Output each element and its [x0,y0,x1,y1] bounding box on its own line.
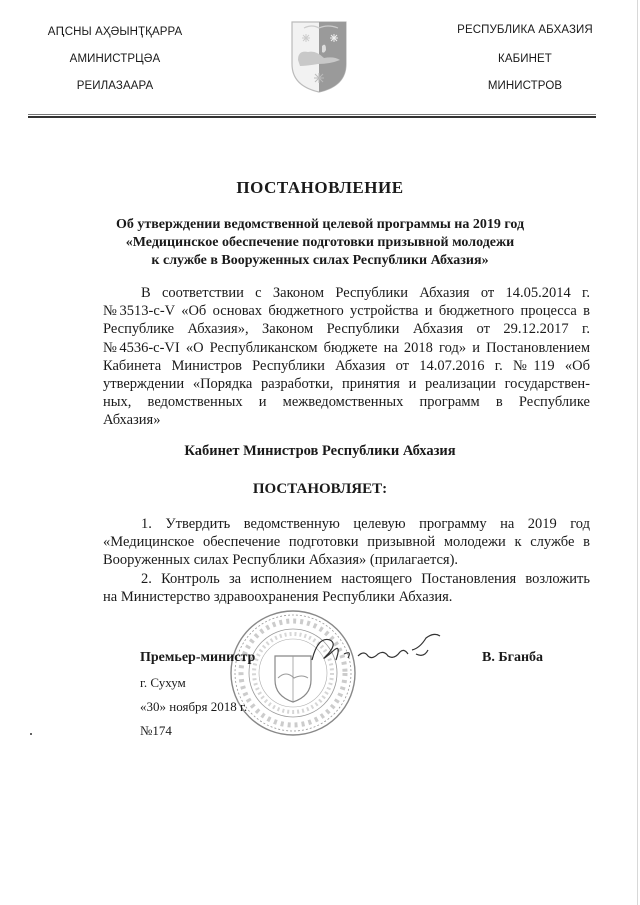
preamble-line: Абхазия» [103,411,590,429]
item-line: Вооруженных силах Республики Абхазия» (п… [103,551,590,569]
preamble-line: Кабинета Министров Республики Абхазия от… [103,357,590,375]
preamble-line: В соответствии с Законом Республики Абха… [103,284,590,302]
header-right-line: КАБИНЕТ [440,53,610,65]
issue-city: г. Сухум [140,675,186,691]
resolution-items: 1. Утвердить ведомственную целевую прогр… [103,515,590,606]
preamble-line: №3513-с-V «Об основах бюджетного устройс… [103,302,590,320]
resolves-heading: ПОСТАНОВЛЯЕТ: [0,481,640,498]
scan-speck [30,733,32,735]
issue-date: «30» ноября 2018 г. [140,699,247,715]
header-divider [28,114,596,115]
official-seal-icon [228,608,358,738]
header-right-line: МИНИСТРОВ [440,80,610,92]
issuer-heading: Кабинет Министров Республики Абхазия [0,443,640,460]
item-line: на Министерство здравоохранения Республи… [103,588,590,606]
preamble-line: ных, ведомственных и межведомственных пр… [103,393,590,411]
item-line: 2. Контроль за исполнением настоящего По… [103,570,590,588]
header-right-line: РЕСПУБЛИКА АБХАЗИЯ [440,24,610,36]
document-number: №174 [140,723,172,739]
item-line: 1. Утвердить ведомственную целевую прогр… [103,515,590,533]
document-subtitle: Об утверждении ведомственной целевой про… [90,216,550,270]
coat-of-arms-icon [290,20,348,94]
signatory-position: Премьер-министр [140,650,255,666]
subtitle-line: Об утверждении ведомственной целевой про… [90,216,550,234]
header-left-line: АМИНИСТРЦӘА [30,53,200,65]
preamble-line: Республике Абхазия», Законом Республики … [103,320,590,338]
signatory-name: В. Бганба [482,650,543,666]
header-left-line: АԤСНЫ АҲӘЫНҬҚАРРА [30,24,200,38]
header-left-line: РЕИЛАЗААРА [30,80,200,92]
preamble-paragraph: В соответствии с Законом Республики Абха… [103,284,590,430]
document-title: ПОСТАНОВЛЕНИЕ [0,178,640,198]
header-divider [28,116,596,118]
item-line: «Медицинское обеспечение подготовки приз… [103,533,590,551]
preamble-line: №4536-с-VI «О Республиканском бюджете на… [103,339,590,357]
subtitle-line: к службе в Вооруженных силах Республики … [90,252,550,270]
subtitle-line: «Медицинское обеспечение подготовки приз… [90,234,550,252]
preamble-line: утверждении «Порядка разработки, приняти… [103,375,590,393]
handwritten-signature [308,630,448,670]
